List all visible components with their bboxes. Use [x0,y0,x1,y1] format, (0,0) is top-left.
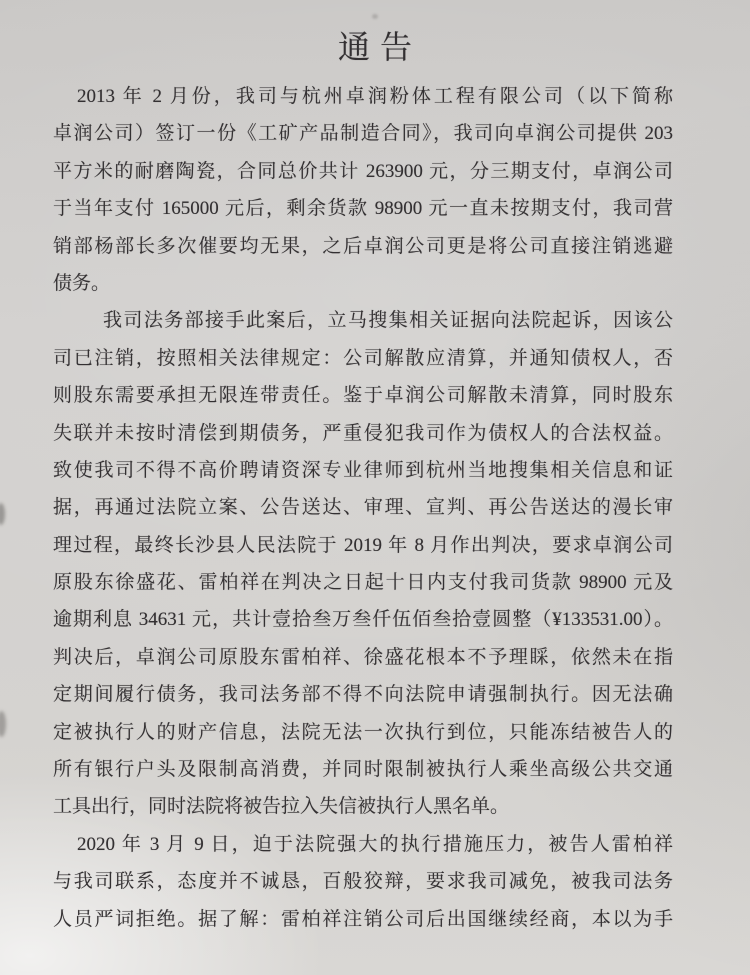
scanned-notice-page: 通告 2013 年 2 月份，我司与杭州卓润粉体工程有限公司（以下简称卓润公司）… [0,0,750,975]
text-line: 所有银行户头及限制高消费，并同时限制被执行人乘坐高级公共交通 [53,751,673,788]
text-line: 销部杨部长多次催要均无果，之后卓润公司更是将公司直接注销逃避 [53,228,673,265]
scan-smudge [0,711,6,737]
text-line: 债务。 [53,265,673,302]
text-line: 定期间履行债务，我司法务部不得不向法院申请强制执行。因无法确 [53,676,673,713]
text-line: 与我司联系，态度并不诚恳，百般狡辩，要求我司减免，被我司法务 [53,863,673,900]
text-line: 司已注销，按照相关法律规定：公司解散应清算，并通知债权人，否 [53,340,673,377]
text-line: 我司法务部接手此案后，立马搜集相关证据向法院起诉，因该公 [53,302,673,339]
paragraph: 我司法务部接手此案后，立马搜集相关证据向法院起诉，因该公司已注销，按照相关法律规… [53,302,673,825]
text-line: 理过程，最终长沙县人民法院于 2019 年 8 月作出判决，要求卓润公司 [53,527,673,564]
document-title: 通告 [0,24,750,70]
text-line: 据，再通过法院立案、公告送达、审理、宣判、再公告送达的漫长审 [53,489,673,526]
scan-smudge [0,503,5,525]
text-line: 致使我司不得不高价聘请资深专业律师到杭州当地搜集相关信息和证 [53,452,673,489]
text-line: 工具出行，同时法院将被告拉入失信被执行人黑名单。 [53,788,673,825]
text-line: 判决后，卓润公司原股东雷柏祥、徐盛花根本不予理睬，依然未在指 [53,639,673,676]
text-line: 定被执行人的财产信息，法院无法一次执行到位，只能冻结被告人的 [53,714,673,751]
scan-speck [372,14,378,19]
text-line: 失联并未按时清偿到期债务，严重侵犯我司作为债权人的合法权益。 [53,415,673,452]
text-line: 卓润公司）签订一份《工矿产品制造合同》，我司向卓润公司提供 203 [53,115,673,152]
text-line: 于当年支付 165000 元后，剩余货款 98900 元一直未按期支付，我司营 [53,190,673,227]
paragraph: 2013 年 2 月份，我司与杭州卓润粉体工程有限公司（以下简称卓润公司）签订一… [53,78,673,302]
text-line: 2020 年 3 月 9 日，迫于法院强大的执行措施压力，被告人雷柏祥 [53,826,673,863]
document-body: 2013 年 2 月份，我司与杭州卓润粉体工程有限公司（以下简称卓润公司）签订一… [53,78,673,938]
text-line: 平方米的耐磨陶瓷，合同总价共计 263900 元，分三期支付，卓润公司 [53,153,673,190]
text-line: 逾期利息 34631 元，共计壹拾叁万叁仟伍佰叁拾壹圆整（¥133531.00）… [53,601,673,638]
paragraph: 2020 年 3 月 9 日，迫于法院强大的执行措施压力，被告人雷柏祥与我司联系… [53,826,673,938]
text-line: 则股东需要承担无限连带责任。鉴于卓润公司解散未清算，同时股东 [53,377,673,414]
text-line: 原股东徐盛花、雷柏祥在判决之日起十日内支付我司货款 98900 元及 [53,564,673,601]
text-line: 2013 年 2 月份，我司与杭州卓润粉体工程有限公司（以下简称 [53,78,673,115]
text-line: 人员严词拒绝。据了解：雷柏祥注销公司后出国继续经商，本以为手 [53,901,673,938]
